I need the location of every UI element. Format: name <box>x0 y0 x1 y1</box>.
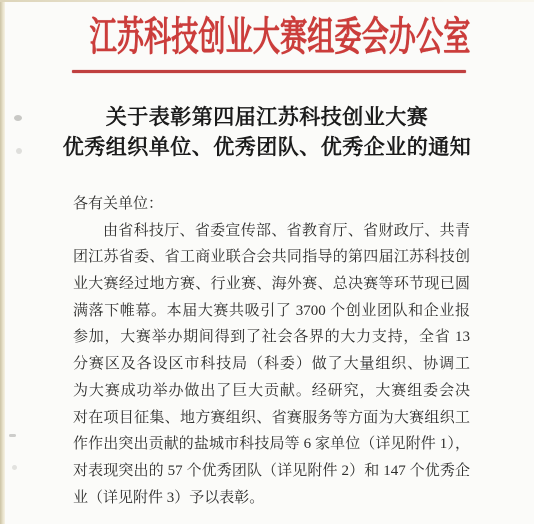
letterhead-divider-line <box>72 70 466 73</box>
body-text-line: 作作出突出贡献的盐城市科技局等 6 家单位（详见附件 1）， <box>73 431 470 458</box>
document-title-line-1: 关于表彰第四届江苏科技创业大赛 <box>0 102 534 132</box>
body-text-line: 为大赛成功举办做出了巨大贡献。经研究，大赛组委会决定， <box>73 378 470 405</box>
scan-smudge <box>9 434 16 437</box>
body-text-line: 业大赛经过地方赛、行业赛、海外赛、总决赛等环节现已圆 <box>73 271 470 298</box>
letterhead-org-name: 江苏科技创业大赛组委会办公室 <box>90 13 471 61</box>
body-text-line: 由省科技厅、省委宣传部、省教育厅、省财政厅、共青 <box>73 218 470 245</box>
body-text-line: 满落下帷幕。本届大赛共吸引了 3700 个创业团队和企业报名 <box>73 298 470 325</box>
scan-smudge <box>12 465 17 470</box>
scanned-document-page: 江苏科技创业大赛组委会办公室 关于表彰第四届江苏科技创业大赛 优秀组织单位、优秀… <box>0 0 534 524</box>
letterhead: 江苏科技创业大赛组委会办公室 <box>0 13 534 61</box>
document-title: 关于表彰第四届江苏科技创业大赛 优秀组织单位、优秀团队、优秀企业的通知 <box>0 102 534 162</box>
body-text-line: 各有关单位： <box>73 191 470 218</box>
body-text-line: 对在项目征集、地方赛组织、省赛服务等方面为大赛组织工 <box>73 405 470 432</box>
scan-edge-left <box>0 0 5 524</box>
body-text-line: 参加，大赛举办期间得到了社会各界的大力支持，全省 13 个 <box>73 324 470 351</box>
body-text-line: 业（详见附件 3）予以表彰。 <box>73 485 470 512</box>
body-text-line: 分赛区及各设区市科技局（科委）做了大量组织、协调工作， <box>73 351 470 378</box>
scan-edge-top <box>0 0 534 2</box>
document-title-line-2: 优秀组织单位、优秀团队、优秀企业的通知 <box>0 132 534 162</box>
document-body: 各有关单位：由省科技厅、省委宣传部、省教育厅、省财政厅、共青团江苏省委、省工商业… <box>73 191 470 511</box>
body-text-line: 对表现突出的 57 个优秀团队（详见附件 2）和 147 个优秀企 <box>73 458 470 485</box>
body-text-line: 团江苏省委、省工商业联合会共同指导的第四届江苏科技创 <box>73 244 470 271</box>
